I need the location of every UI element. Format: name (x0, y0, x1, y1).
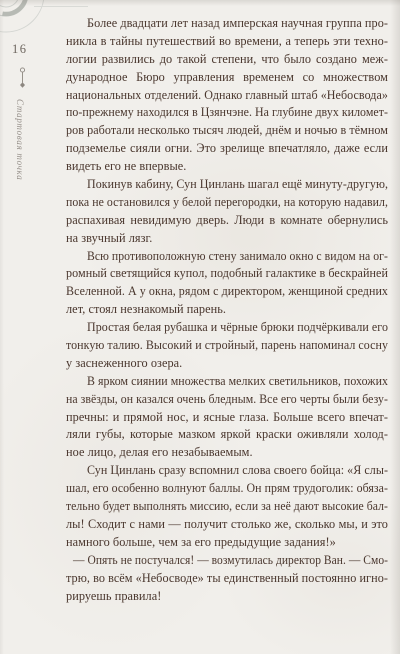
text-line: национальных отделений. Однако главный ш… (66, 87, 388, 105)
page-left-shade (0, 0, 4, 654)
text-line: ромный светящийся купол, подобный галакт… (66, 265, 388, 283)
text-line: никла в тайны путешествий во времени, а … (66, 33, 388, 51)
text-line: тонкую талию. Высокий и стройный, парень… (66, 337, 388, 355)
text-line: логии развились до такой степени, что бы… (66, 51, 388, 69)
text-line: трю, во всём «Небосводе» ты единственный… (66, 570, 388, 588)
text-line: лы! Сходит с нами — получит столько же, … (66, 516, 388, 534)
running-title: Стартовая точка (15, 99, 25, 180)
paragraph: Простая белая рубашка и чёрные брюки под… (66, 319, 388, 373)
text-line: ров работали несколько тысяч людей, днём… (66, 122, 388, 140)
text-line: Более двадцати лет назад имперская научн… (66, 15, 388, 33)
text-line: В ярком сиянии множества мелких светильн… (66, 373, 388, 391)
text-line: тельно будет выполнять миссию, если за н… (66, 498, 388, 516)
text-line: ляли губы, которые мазком яркой краски о… (66, 426, 388, 444)
text-line: по-прежнему находился в Цзянчэне. На глу… (66, 104, 388, 122)
text-line: Сун Цинлань сразу вспомнил слова своего … (66, 462, 388, 480)
text-line: пока не остановился у белой перегородки,… (66, 194, 388, 212)
paragraph: — Опять не постучался! — возмутилась дир… (66, 552, 388, 606)
paragraph: Покинув кабину, Сун Цинлань шагал ещё ми… (66, 176, 388, 248)
text-line: у заснеженного озера. (66, 355, 388, 373)
text-line: рируешь правила! (66, 588, 388, 606)
text-block: Более двадцати лет назад имперская научн… (66, 15, 388, 605)
paragraph: Всю противоположную стену занимало окно … (66, 248, 388, 320)
text-line: — Опять не постучался! — возмутилась дир… (66, 552, 388, 570)
book-page: 16 Стартовая точка Более двадцати лет на… (0, 0, 400, 654)
text-line: ное лицо, делая его незабываемым. (66, 444, 388, 462)
text-line: распахивая невидимую дверь. Люди в комна… (66, 212, 388, 230)
text-line: дународное Бюро управления временем со м… (66, 69, 388, 87)
text-line: пречны: и прямой нос, и ясные глаза. Бол… (66, 409, 388, 427)
page-number-divider-ornament (17, 67, 28, 90)
text-line: намного больше, чем за его предыдущие за… (66, 534, 388, 552)
text-line: видеть его не впервые. (66, 158, 388, 176)
text-line: Всю противоположную стену занимало окно … (66, 248, 388, 266)
text-line: лет, стоял незнакомый парень. (66, 301, 388, 319)
paragraph: Более двадцати лет назад имперская научн… (66, 15, 388, 176)
paragraph: В ярком сиянии множества мелких светильн… (66, 373, 388, 462)
text-line: Вселенной. А у окна, рядом с директором,… (66, 283, 388, 301)
text-line: шал, его особенно волнуют баллы. Он прям… (66, 480, 388, 498)
page-number: 16 (12, 42, 28, 57)
text-line: на звучный лязг. (66, 230, 388, 248)
paragraph: Сун Цинлань сразу вспомнил слова своего … (66, 462, 388, 551)
text-line: Простая белая рубашка и чёрные брюки под… (66, 319, 388, 337)
text-line: подземелье сияли огни. Это зрелище впеча… (66, 140, 388, 158)
text-line: на звёзды, он казался очень бледным. Все… (66, 391, 388, 409)
text-line: Покинув кабину, Сун Цинлань шагал ещё ми… (66, 176, 388, 194)
